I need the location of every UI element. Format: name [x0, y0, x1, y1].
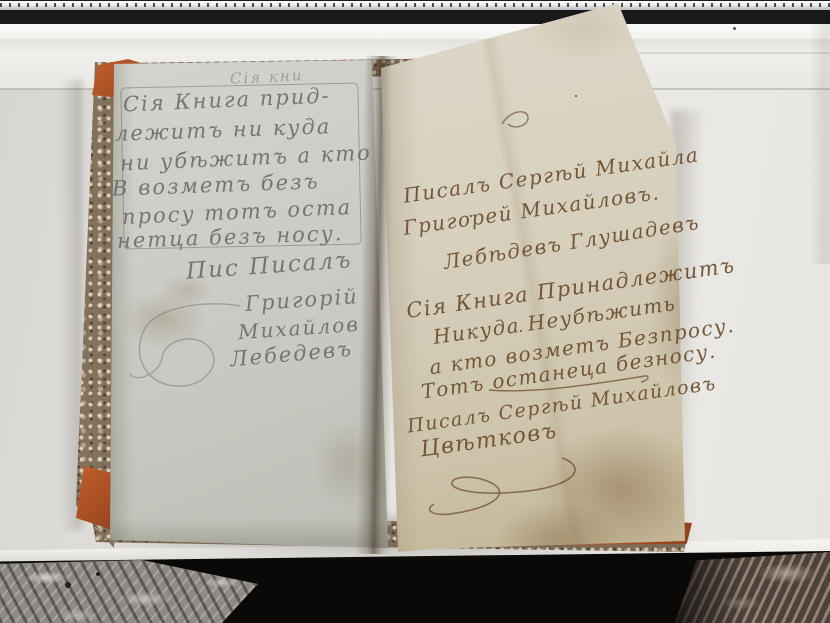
- pencil-verse-line: нетца безъ носу.: [117, 223, 344, 252]
- ink-flourish-swirl: [422, 454, 594, 518]
- window-recess-corner: [810, 24, 830, 264]
- pencil-verse-line: В возметъ безъ: [112, 171, 320, 199]
- ink-flourish-mark: [498, 106, 538, 134]
- frame-speck: [733, 27, 736, 30]
- pencil-flourish-loop: [128, 300, 254, 398]
- damask-fabric-bottom-right: [675, 552, 830, 623]
- pencil-verse-line: ни убѣжитъ а кто: [120, 143, 373, 175]
- pencil-signature-line: Григорій: [244, 286, 359, 315]
- pencil-verse-line: Сія Книга прид-: [123, 85, 331, 115]
- pencil-signature-line: Пис Писалъ: [185, 249, 353, 284]
- photo-old-book-on-windowsill: Сія кни Сія Книга прид- лежитъ ни куда н…: [0, 0, 830, 623]
- glazing-spacer-perforations: [0, 3, 830, 7]
- ink-inscription-layer: Писалъ Сергѣй Михайла Григорей Михайловъ…: [392, 90, 692, 560]
- pencil-verse-line: лежитъ ни куда: [115, 116, 332, 145]
